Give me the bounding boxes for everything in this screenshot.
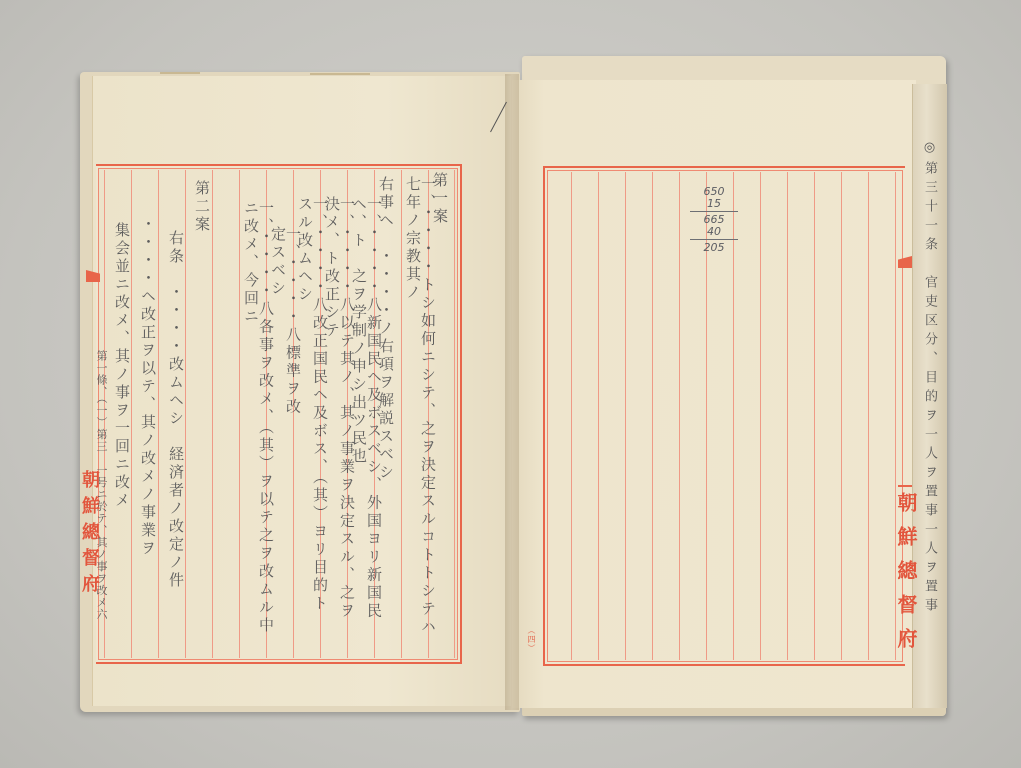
torn-edge <box>160 72 200 74</box>
torn-edge <box>310 73 370 75</box>
calc-line-5: 205 <box>704 241 725 254</box>
book-gutter <box>505 74 519 710</box>
govt-general-label-left: 朝鮮總督府 <box>76 470 102 600</box>
handwritten-line: 集会並ニ改メ、其ノ事ヲ一回ニ改メ <box>114 222 129 662</box>
pencil-calculation: 650 15 665 40 205 <box>694 186 734 254</box>
handwritten-line: 一、・・・・八各事ヲ改メ、（其）ヲ以テ之ヲ改ムル中ニ改メ、今回ニ <box>243 200 273 640</box>
handwritten-line: 一、・・・・トシ如何ニシテ、之ヲ決定スルコトトシテハ 七年ノ宗教其ノ <box>405 176 435 646</box>
handwritten-line: ・・・・ヘ改正ヲ以テ、其ノ改メノ事業ヲ <box>140 216 155 656</box>
heading-second-draft: 第二案 <box>194 180 209 234</box>
folio-mark: （四） <box>526 626 537 653</box>
spine-edge-label: ◎第三十一条 官吏区分、目的ヲ一人ヲ置事一人ヲ置事 <box>920 140 939 680</box>
calc-line-4: 40 <box>707 225 721 238</box>
calc-line-2: 15 <box>707 197 721 210</box>
govt-general-label-right: 朝鮮總督府 <box>892 492 921 662</box>
handwritten-line: 右条 ・・・・改ムヘシ 経済者ノ改定ノ件 <box>168 230 183 660</box>
label-rule <box>898 485 912 487</box>
